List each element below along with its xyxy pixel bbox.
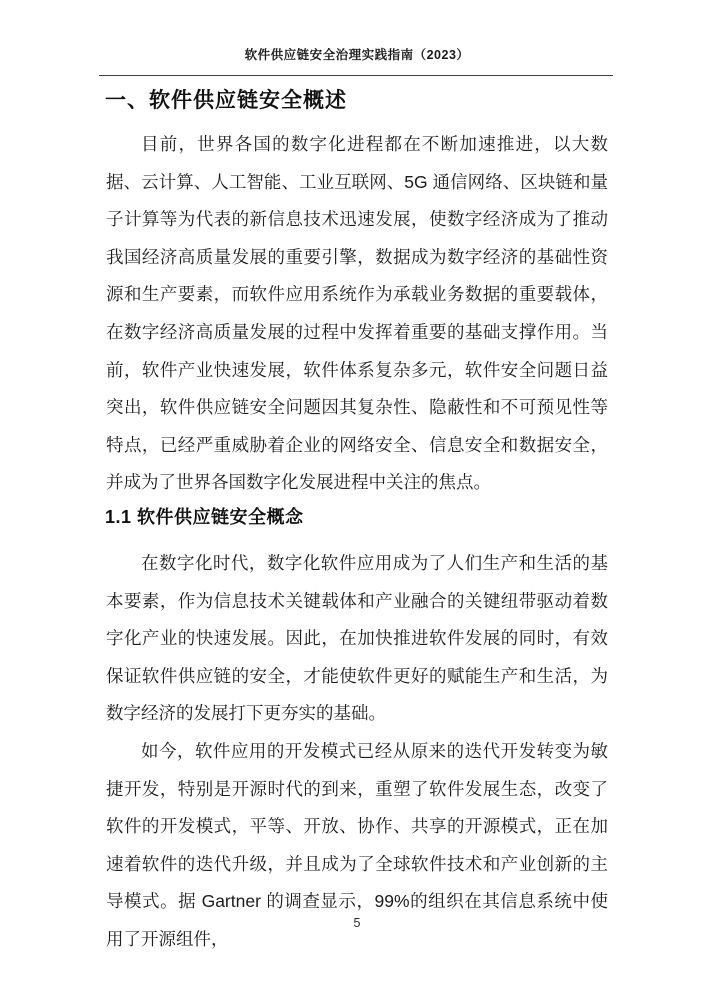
header-divider-rule <box>99 75 613 76</box>
paragraph-section-1: 在数字化时代，数字化软件应用成为了人们生产和生活的基本要素，作为信息技术关键载体… <box>106 545 608 733</box>
section-heading-1-1: 1.1 软件供应链安全概念 <box>105 503 304 529</box>
chapter-heading: 一、软件供应链安全概述 <box>105 84 347 114</box>
running-header-title: 软件供应链安全治理实践指南（2023） <box>106 45 608 63</box>
document-page: 软件供应链安全治理实践指南（2023） 一、软件供应链安全概述 目前，世界各国的… <box>0 0 710 1004</box>
page-number: 5 <box>106 916 608 930</box>
paragraph-chapter-intro: 目前，世界各国的数字化进程都在不断加速推进，以大数据、云计算、人工智能、工业互联… <box>106 126 608 502</box>
